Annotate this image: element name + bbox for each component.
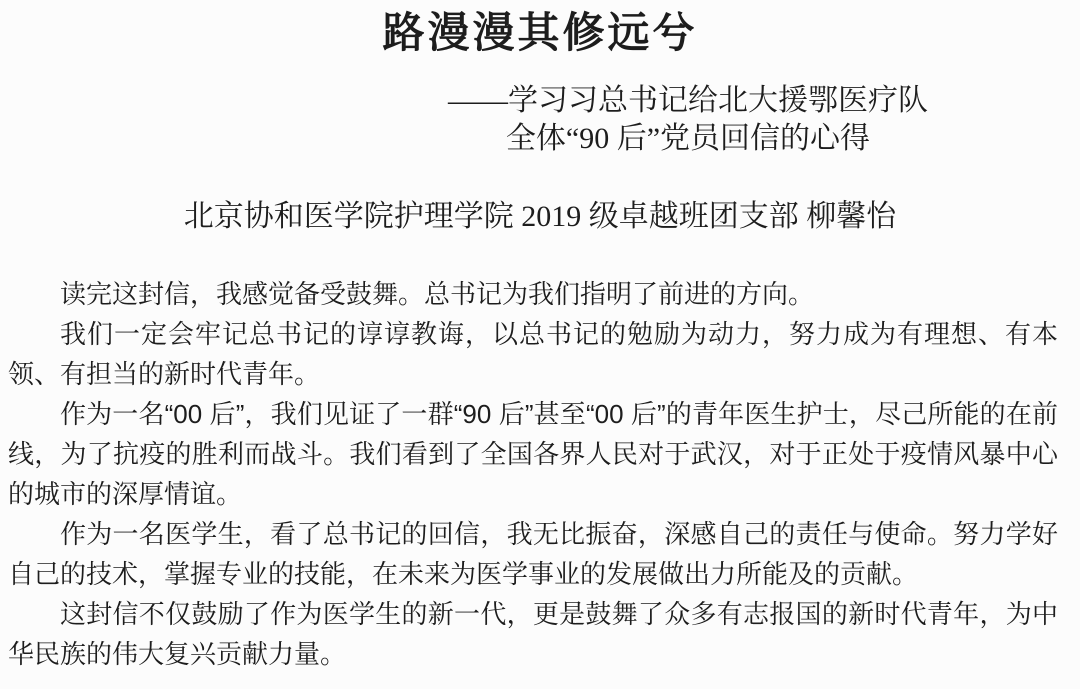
document-body: 读完这封信，我感觉备受鼓舞。总书记为我们指明了前进的方向。我们一定会牢记总书记的… [8, 274, 1058, 674]
document-title: 路漫漫其修远兮 [0, 0, 1080, 60]
body-paragraph: 这封信不仅鼓励了作为医学生的新一代，更是鼓舞了众多有志报国的新时代青年，为中华民… [8, 594, 1058, 674]
document-page: 路漫漫其修远兮 ——学习习总书记给北大援鄂医疗队 全体“90 后”党员回信的心得… [0, 0, 1080, 689]
document-subtitle: ——学习习总书记给北大援鄂医疗队 全体“90 后”党员回信的心得 [448, 82, 928, 158]
body-paragraph: 作为一名医学生，看了总书记的回信，我无比振奋，深感自己的责任与使命。努力学好自己… [8, 514, 1058, 594]
body-paragraph: 读完这封信，我感觉备受鼓舞。总书记为我们指明了前进的方向。 [8, 274, 1058, 314]
document-subtitle-line1: ——学习习总书记给北大援鄂医疗队 [448, 82, 928, 120]
body-paragraph: 作为一名“00 后”，我们见证了一群“90 后”甚至“00 后”的青年医生护士，… [8, 394, 1058, 514]
body-paragraph: 我们一定会牢记总书记的谆谆教诲，以总书记的勉励为动力，努力成为有理想、有本领、有… [8, 314, 1058, 394]
document-subtitle-line2: 全体“90 后”党员回信的心得 [448, 120, 928, 158]
document-byline: 北京协和医学院护理学院 2019 级卓越班团支部 柳馨怡 [0, 198, 1080, 236]
